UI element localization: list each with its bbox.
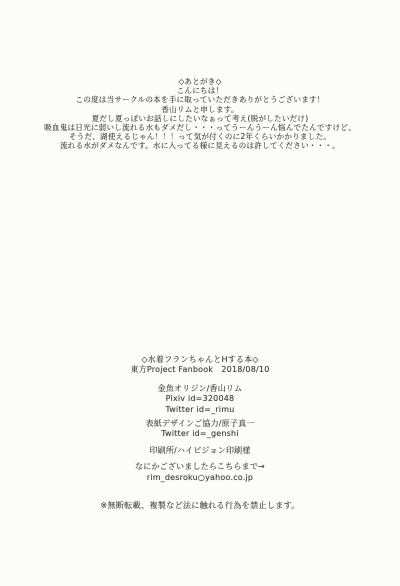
afterword-section: ◇あとがき◇ こんにちは！ この度は当サークルの本を手に取っていただきありがとう…: [0, 77, 400, 151]
circle-credit: 金魚オリジン/香山リム: [0, 384, 400, 394]
afterword-line: 流れる水がダメなんです。水に入ってる様に見えるのは許してください・・・。: [0, 141, 400, 150]
printer-credit: 印刷所/ハイビジョン印刷様: [0, 446, 400, 456]
fanbook-info: 東方Project Fanbook 2018/08/10: [0, 365, 400, 375]
colophon-section: ◇水着フランちゃんとHする本◇ 東方Project Fanbook 2018/0…: [0, 355, 400, 510]
afterword-line: 吸血鬼は日光に弱いし流れる水もダメだし・・・ってうーんうーん悩んでたんですけど、: [0, 123, 400, 132]
twitter-id: Twitter id=_rimu: [0, 405, 400, 415]
copyright-notice: ※無断転載、複製など法に触れる行為を禁止します。: [0, 500, 400, 510]
afterword-title: ◇あとがき◇: [0, 77, 400, 86]
pixiv-id: Pixiv id=320048: [0, 394, 400, 404]
book-title: ◇水着フランちゃんとHする本◇: [0, 355, 400, 365]
scanned-afterword-page: ◇あとがき◇ こんにちは！ この度は当サークルの本を手に取っていただきありがとう…: [0, 0, 400, 586]
afterword-line: この度は当サークルの本を手に取っていただきありがとうございます！: [0, 95, 400, 104]
cover-design-credit: 表紙デザインご協力/原子真一: [0, 419, 400, 429]
afterword-line: 香山リムと申します。: [0, 105, 400, 114]
contact-note: なにかございましたらこちらまで→: [0, 462, 400, 472]
afterword-line: 夏だし夏っぽいお話しにしたいなぁって考え(脱がしたいだけ): [0, 114, 400, 123]
contact-email: rim_desroku○yahoo.co.jp: [0, 473, 400, 483]
cover-designer-twitter: Twitter id=_genshi: [0, 429, 400, 439]
